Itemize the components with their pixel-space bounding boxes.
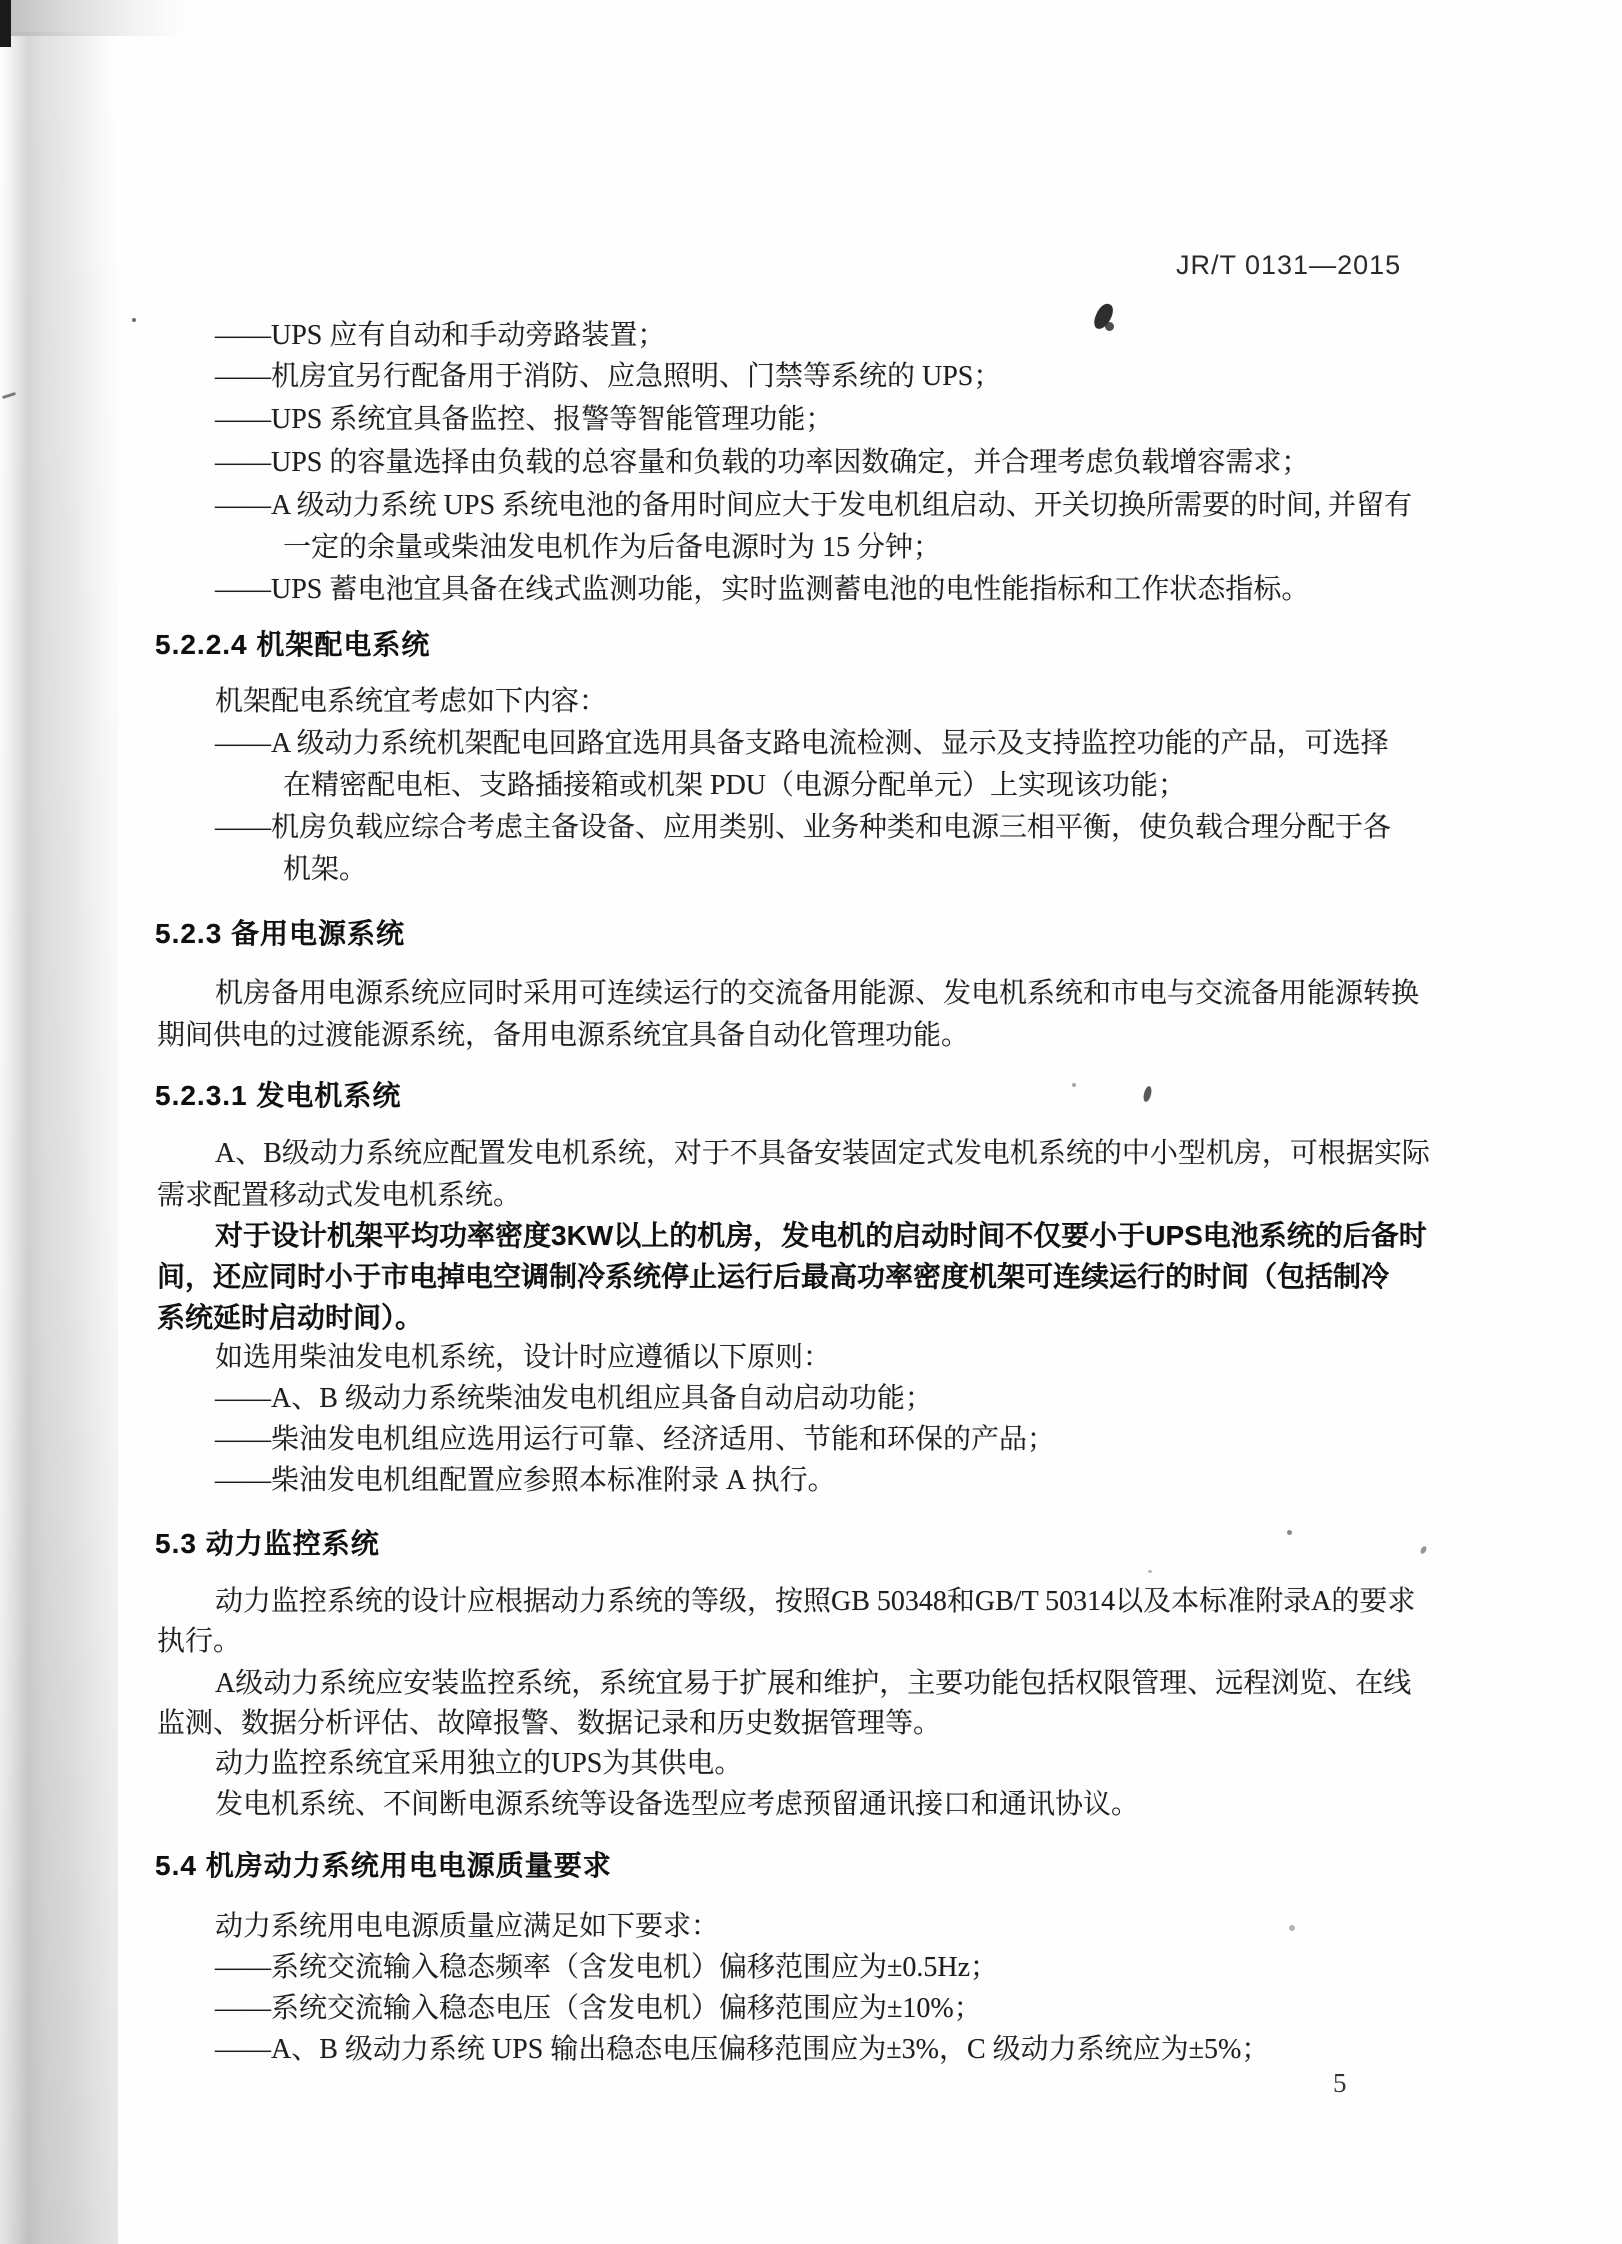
scan-speck	[1072, 1083, 1076, 1087]
ink-blot-tail	[1105, 322, 1114, 331]
page-number: 5	[1333, 2068, 1347, 2099]
paragraph-line: 机架配电系统宜考虑如下内容：	[215, 684, 607, 720]
paragraph-line: 动力系统用电电源质量应满足如下要求：	[215, 1909, 719, 1945]
list-item: ——系统交流输入稳态电压（含发电机）偏移范围应为±10%；	[215, 1991, 982, 2027]
paragraph-line: 如选用柴油发电机系统，设计时应遵循以下原则：	[215, 1340, 831, 1376]
paragraph-line: 监测、数据分析评估、故障报警、数据记录和历史数据管理等。	[157, 1706, 941, 1742]
section-heading-5-2-3-1: 5.2.3.1 发电机系统	[155, 1078, 401, 1114]
list-item: ——A 级动力系统 UPS 系统电池的备用时间应大于发电机组启动、开关切换所需要…	[215, 488, 1412, 524]
list-item: ——UPS 应有自动和手动旁路装置；	[215, 318, 665, 354]
scan-edge-shadow	[0, 32, 118, 2244]
list-item: ——A 级动力系统机架配电回路宜选用具备支路电流检测、显示及支持监控功能的产品，…	[215, 726, 1389, 762]
list-item: ——柴油发电机组配置应参照本标准附录 A 执行。	[215, 1463, 836, 1499]
scan-speck	[1289, 1925, 1295, 1931]
section-heading-5-2-2-4: 5.2.2.4 机架配电系统	[155, 627, 430, 663]
list-item: ——机房负载应综合考虑主备设备、应用类别、业务种类和电源三相平衡，使负载合理分配…	[215, 810, 1391, 846]
list-item: ——A、B 级动力系统柴油发电机组应具备自动启动功能；	[215, 1381, 933, 1417]
bold-paragraph-line: 间，还应同时小于市电掉电空调制冷系统停止运行后最高功率密度机架可连续运行的时间（…	[157, 1259, 1389, 1295]
scan-speck	[1419, 1545, 1427, 1554]
scan-speck	[1148, 1570, 1152, 1573]
section-heading-5-2-3: 5.2.3 备用电源系统	[155, 916, 405, 952]
section-heading-5-3: 5.3 动力监控系统	[155, 1526, 380, 1562]
paragraph-line: 需求配置移动式发电机系统。	[157, 1178, 521, 1214]
list-item: ——UPS 的容量选择由负载的总容量和负载的功率因数确定，并合理考虑负载增容需求…	[215, 445, 1309, 481]
paragraph-line: 执行。	[157, 1624, 241, 1660]
list-item: ——UPS 系统宜具备监控、报警等智能管理功能；	[215, 402, 833, 438]
list-item: ——系统交流输入稳态频率（含发电机）偏移范围应为±0.5Hz；	[215, 1950, 998, 1986]
paragraph-line: A级动力系统应安装监控系统，系统宜易于扩展和维护，主要功能包括权限管理、远程浏览…	[215, 1666, 1411, 1702]
paragraph-line: 期间供电的过渡能源系统，备用电源系统宜具备自动化管理功能。	[157, 1018, 969, 1054]
paragraph-line: 机房备用电源系统应同时采用可连续运行的交流备用能源、发电机系统和市电与交流备用能…	[215, 976, 1419, 1012]
section-heading-5-4: 5.4 机房动力系统用电电源质量要求	[155, 1848, 612, 1884]
scan-speck	[132, 318, 136, 322]
standard-code-header: JR/T 0131—2015	[1176, 250, 1401, 281]
list-item: ——机房宜另行配备用于消防、应急照明、门禁等系统的 UPS；	[215, 359, 1001, 395]
paragraph-line: 发电机系统、不间断电源系统等设备选型应考虑预留通讯接口和通讯协议。	[215, 1787, 1139, 1823]
list-item-continuation: 一定的余量或柴油发电机作为后备电源时为 15 分钟；	[283, 530, 941, 566]
list-item-continuation: 机架。	[283, 852, 367, 888]
list-item-continuation: 在精密配电柜、支路插接箱或机架 PDU（电源分配单元）上实现该功能；	[283, 768, 1186, 804]
scanned-document-page: JR/T 0131—2015 ——UPS 应有自动和手动旁路装置； ——机房宜另…	[0, 0, 1622, 2244]
scan-top-shadow	[0, 0, 190, 36]
list-item: ——柴油发电机组应选用运行可靠、经济适用、节能和环保的产品；	[215, 1422, 1055, 1458]
bold-paragraph-line: 系统延时启动时间）。	[157, 1300, 423, 1336]
list-item: ——A、B 级动力系统 UPS 输出稳态电压偏移范围应为±3%，C 级动力系统应…	[215, 2032, 1269, 2068]
paragraph-line: 动力监控系统的设计应根据动力系统的等级，按照GB 50348和GB/T 5031…	[215, 1584, 1415, 1620]
list-item: ——UPS 蓄电池宜具备在线式监测功能，实时监测蓄电池的电性能指标和工作状态指标…	[215, 572, 1309, 608]
scan-speck	[1287, 1530, 1292, 1535]
paragraph-line: A、B级动力系统应配置发电机系统，对于不具备安装固定式发电机系统的中小型机房，可…	[215, 1136, 1430, 1172]
bold-paragraph-line: 对于设计机架平均功率密度3KW以上的机房，发电机的启动时间不仅要小于UPS电池系…	[215, 1218, 1427, 1254]
scan-speck	[1142, 1085, 1153, 1102]
paragraph-line: 动力监控系统宜采用独立的UPS为其供电。	[215, 1746, 742, 1782]
scan-corner-mark	[0, 0, 11, 47]
